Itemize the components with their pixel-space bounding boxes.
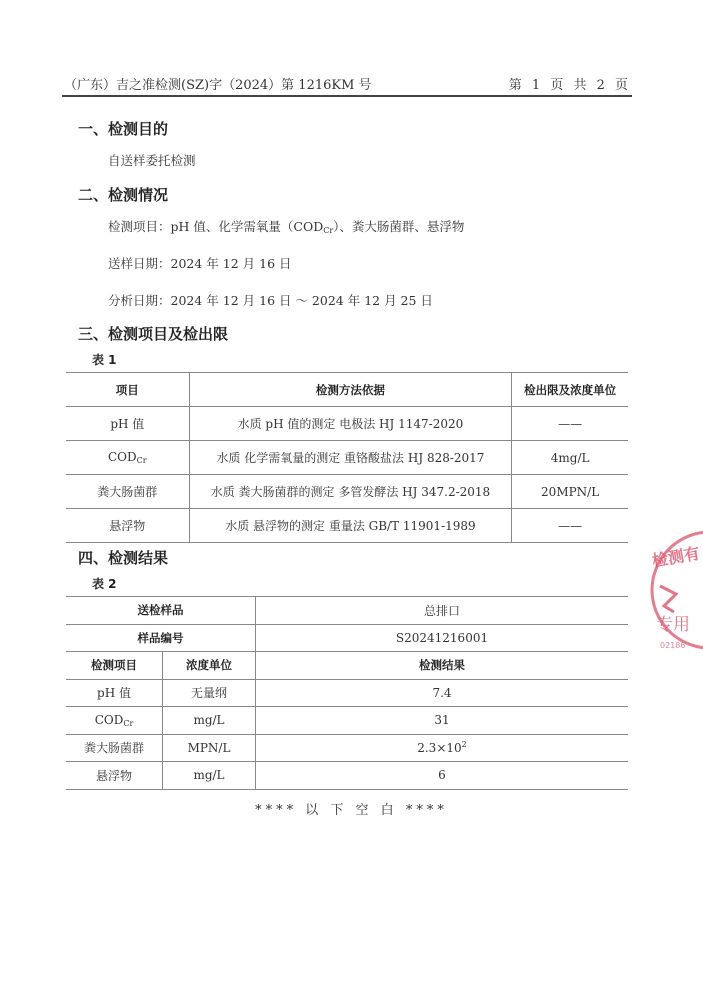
end-of-content-mark: **** 以 下 空 白 ****: [0, 799, 703, 818]
sample-value: 总排口: [256, 597, 629, 625]
item-subscript: Cr: [123, 719, 133, 728]
sample-row: 送检样品 总排口: [66, 597, 628, 625]
cell-item: pH 值: [66, 407, 189, 441]
item-name: 粪大肠菌群: [84, 741, 144, 755]
table2-label: 表 2: [92, 575, 117, 592]
table-row: 悬浮物 水质 悬浮物的测定 重量法 GB/T 11901-1989 ——: [66, 509, 628, 543]
cell-item: pH 值: [66, 679, 163, 707]
header-item: 检测项目: [66, 652, 163, 680]
sample-label: 送检样品: [66, 597, 256, 625]
item-subscript: Cr: [137, 456, 147, 465]
svg-text:专用: 专用: [656, 615, 690, 635]
test-items-label: 检测项目：pH 值、化学需氧量（COD: [108, 219, 323, 234]
item-name: pH 值: [110, 417, 144, 431]
cell-unit: mg/L: [163, 762, 256, 790]
sample-id-label: 样品编号: [66, 624, 256, 652]
table-header-row: 检测项目 浓度单位 检测结果: [66, 652, 628, 680]
cell-result: 2.3×102: [256, 734, 629, 762]
cell-unit: MPN/L: [163, 734, 256, 762]
cell-limit: ——: [512, 509, 628, 543]
header-divider: [62, 95, 632, 97]
header-method: 检测方法依据: [189, 373, 512, 407]
section-title-situation: 二、检测情况: [78, 184, 168, 205]
report-number: （广东）吉之准检测(SZ)字（2024）第 1216KM 号: [64, 74, 372, 93]
sample-id-row: 样品编号 S20241216001: [66, 624, 628, 652]
cell-unit: 无量纲: [163, 679, 256, 707]
test-items-sub: Cr: [323, 226, 333, 235]
cell-result: 31: [256, 707, 629, 735]
cell-limit: 4mg/L: [512, 441, 628, 475]
section-title-results: 四、检测结果: [78, 547, 168, 568]
item-name: 悬浮物: [96, 769, 132, 783]
item-name: 悬浮物: [109, 519, 145, 533]
cell-item: 悬浮物: [66, 762, 163, 790]
section-title-purpose: 一、检测目的: [78, 118, 168, 139]
svg-text:检测有: 检测有: [651, 544, 702, 571]
item-name: 粪大肠菌群: [97, 485, 157, 499]
result-value: 7.4: [432, 686, 451, 700]
cell-method: 水质 粪大肠菌群的测定 多管发酵法 HJ 347.2-2018: [189, 475, 512, 509]
item-name: pH 值: [97, 686, 131, 700]
cell-item: 悬浮物: [66, 509, 189, 543]
table-header-row: 项目 检测方法依据 检出限及浓度单位: [66, 373, 628, 407]
table-results: 送检样品 总排口 样品编号 S20241216001 检测项目 浓度单位 检测结…: [66, 596, 628, 790]
header-item: 项目: [66, 373, 189, 407]
cell-method: 水质 化学需氧量的测定 重铬酸盐法 HJ 828-2017: [189, 441, 512, 475]
result-value: 31: [434, 713, 449, 727]
table-row: CODCr 水质 化学需氧量的测定 重铬酸盐法 HJ 828-2017 4mg/…: [66, 441, 628, 475]
official-seal-stamp-icon: 检测有 专用 02186: [648, 528, 703, 658]
table-row: pH 值 无量纲 7.4: [66, 679, 628, 707]
page-indicator: 第 1 页 共 2 页: [509, 74, 631, 93]
cell-result: 6: [256, 762, 629, 790]
cell-item: CODCr: [66, 441, 189, 475]
section-title-limits: 三、检测项目及检出限: [78, 323, 228, 344]
table-row: pH 值 水质 pH 值的测定 电极法 HJ 1147-2020 ——: [66, 407, 628, 441]
test-items-line: 检测项目：pH 值、化学需氧量（CODCr）、粪大肠菌群、悬浮物: [108, 217, 464, 235]
purpose-content: 自送样委托检测: [108, 151, 196, 169]
test-items-tail: ）、粪大肠菌群、悬浮物: [333, 219, 464, 234]
cell-limit: ——: [512, 407, 628, 441]
cell-method: 水质 悬浮物的测定 重量法 GB/T 11901-1989: [189, 509, 512, 543]
svg-text:02186: 02186: [660, 641, 685, 650]
cell-limit: 20MPN/L: [512, 475, 628, 509]
item-name: COD: [95, 713, 124, 727]
result-value: 6: [438, 768, 446, 782]
result-exponent: 2: [462, 740, 467, 749]
table-detection-limits: 项目 检测方法依据 检出限及浓度单位 pH 值 水质 pH 值的测定 电极法 H…: [66, 372, 628, 543]
cell-method: 水质 pH 值的测定 电极法 HJ 1147-2020: [189, 407, 512, 441]
sample-id-value: S20241216001: [256, 624, 629, 652]
header-result: 检测结果: [256, 652, 629, 680]
cell-unit: mg/L: [163, 707, 256, 735]
cell-result: 7.4: [256, 679, 629, 707]
cell-item: 粪大肠菌群: [66, 734, 163, 762]
cell-item: CODCr: [66, 707, 163, 735]
cell-item: 粪大肠菌群: [66, 475, 189, 509]
header-unit: 浓度单位: [163, 652, 256, 680]
table1-label: 表 1: [92, 351, 117, 368]
delivery-date: 送样日期：2024 年 12 月 16 日: [108, 254, 292, 272]
result-value: 2.3×10: [417, 741, 461, 755]
item-name: COD: [108, 450, 137, 464]
header-limit: 检出限及浓度单位: [512, 373, 628, 407]
table-row: 粪大肠菌群 水质 粪大肠菌群的测定 多管发酵法 HJ 347.2-2018 20…: [66, 475, 628, 509]
analysis-date: 分析日期：2024 年 12 月 16 日 ～ 2024 年 12 月 25 日: [108, 291, 433, 309]
table-row: 粪大肠菌群 MPN/L 2.3×102: [66, 734, 628, 762]
table-row: CODCr mg/L 31: [66, 707, 628, 735]
table-row: 悬浮物 mg/L 6: [66, 762, 628, 790]
